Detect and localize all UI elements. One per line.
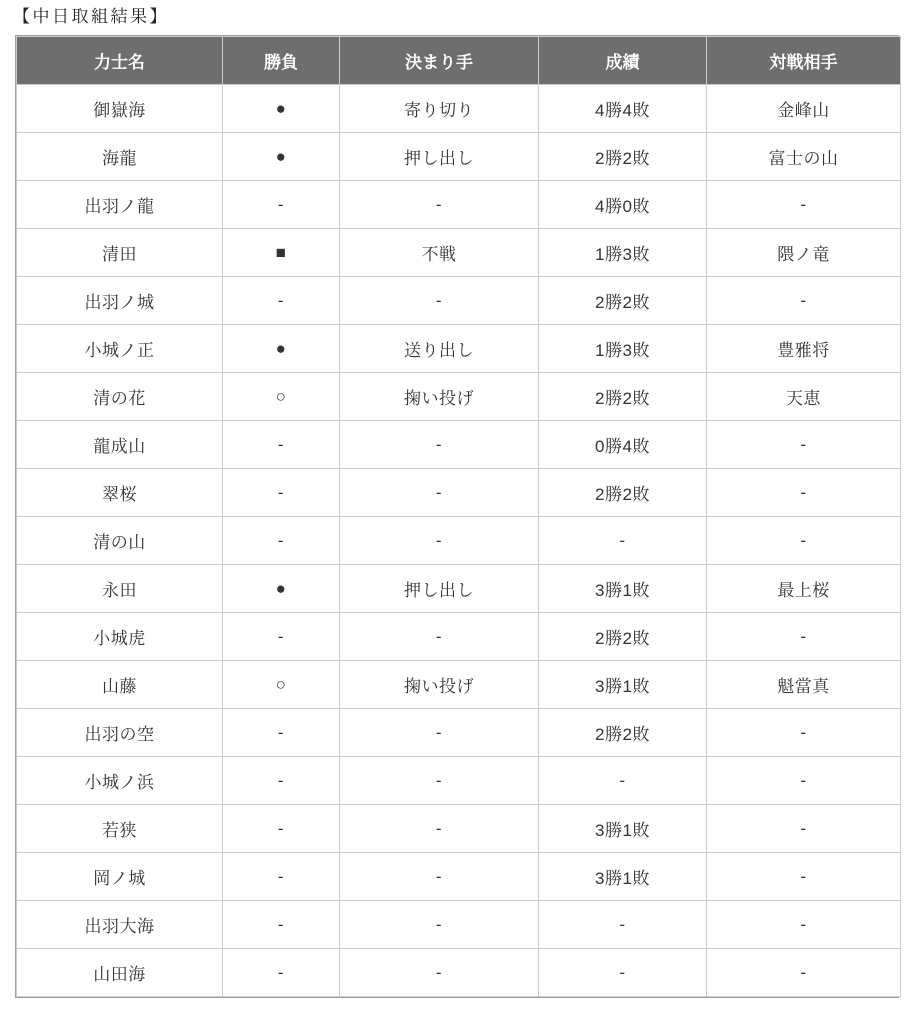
cell-seiseki: 2勝2敗 <box>539 133 707 181</box>
cell-shobu: ● <box>223 85 340 133</box>
cell-shobu: - <box>223 901 340 949</box>
cell-rikishi: 山田海 <box>17 949 223 997</box>
cell-aite: - <box>707 517 901 565</box>
cell-kimarite: 掬い投げ <box>340 661 539 709</box>
header-cell-rikishi: 力士名 <box>17 37 223 85</box>
cell-seiseki: - <box>539 949 707 997</box>
cell-kimarite: - <box>340 757 539 805</box>
page-title: 【中日取組結果】 <box>13 6 914 28</box>
cell-aite: 富士の山 <box>707 133 901 181</box>
cell-shobu: ● <box>223 133 340 181</box>
table-row: 岡ノ城--3勝1敗- <box>17 853 901 901</box>
cell-shobu: - <box>223 421 340 469</box>
cell-aite: 金峰山 <box>707 85 901 133</box>
cell-aite: - <box>707 613 901 661</box>
cell-kimarite: 不戦 <box>340 229 539 277</box>
cell-shobu: - <box>223 469 340 517</box>
cell-aite: 魁當真 <box>707 661 901 709</box>
cell-seiseki: 4勝0敗 <box>539 181 707 229</box>
cell-kimarite: - <box>340 277 539 325</box>
cell-kimarite: - <box>340 949 539 997</box>
table-body: 御嶽海●寄り切り4勝4敗金峰山海龍●押し出し2勝2敗富士の山出羽ノ龍--4勝0敗… <box>17 85 901 997</box>
cell-shobu: - <box>223 613 340 661</box>
table-row: 永田●押し出し3勝1敗最上桜 <box>17 565 901 613</box>
cell-shobu: - <box>223 853 340 901</box>
cell-seiseki: - <box>539 757 707 805</box>
cell-aite: 隈ノ竜 <box>707 229 901 277</box>
cell-rikishi: 若狭 <box>17 805 223 853</box>
cell-seiseki: 2勝2敗 <box>539 277 707 325</box>
cell-kimarite: - <box>340 421 539 469</box>
cell-seiseki: 1勝3敗 <box>539 229 707 277</box>
cell-aite: - <box>707 901 901 949</box>
cell-kimarite: 送り出し <box>340 325 539 373</box>
cell-seiseki: 1勝3敗 <box>539 325 707 373</box>
cell-rikishi: 出羽ノ城 <box>17 277 223 325</box>
cell-shobu: - <box>223 181 340 229</box>
cell-seiseki: 3勝1敗 <box>539 661 707 709</box>
cell-aite: - <box>707 469 901 517</box>
table-row: 出羽ノ城--2勝2敗- <box>17 277 901 325</box>
cell-aite: - <box>707 277 901 325</box>
table-row: 御嶽海●寄り切り4勝4敗金峰山 <box>17 85 901 133</box>
cell-seiseki: 3勝1敗 <box>539 853 707 901</box>
cell-rikishi: 小城ノ浜 <box>17 757 223 805</box>
cell-shobu: ● <box>223 565 340 613</box>
cell-seiseki: 4勝4敗 <box>539 85 707 133</box>
table-row: 山藤○掬い投げ3勝1敗魁當真 <box>17 661 901 709</box>
cell-rikishi: 出羽ノ龍 <box>17 181 223 229</box>
table-row: 若狭--3勝1敗- <box>17 805 901 853</box>
cell-seiseki: 2勝2敗 <box>539 373 707 421</box>
cell-kimarite: - <box>340 469 539 517</box>
cell-aite: 豊雅将 <box>707 325 901 373</box>
cell-rikishi: 山藤 <box>17 661 223 709</box>
results-table: 力士名勝負決まり手成績対戦相手 御嶽海●寄り切り4勝4敗金峰山海龍●押し出し2勝… <box>15 35 899 998</box>
cell-seiseki: 0勝4敗 <box>539 421 707 469</box>
page: 【中日取組結果】 力士名勝負決まり手成績対戦相手 御嶽海●寄り切り4勝4敗金峰山… <box>0 0 914 1024</box>
table-row: 小城ノ浜---- <box>17 757 901 805</box>
results-table-grid: 力士名勝負決まり手成績対戦相手 御嶽海●寄り切り4勝4敗金峰山海龍●押し出し2勝… <box>16 36 901 997</box>
cell-kimarite: - <box>340 805 539 853</box>
cell-shobu: - <box>223 805 340 853</box>
table-row: 山田海---- <box>17 949 901 997</box>
cell-seiseki: 2勝2敗 <box>539 469 707 517</box>
cell-kimarite: 掬い投げ <box>340 373 539 421</box>
cell-aite: - <box>707 805 901 853</box>
cell-shobu: ○ <box>223 373 340 421</box>
table-row: 出羽ノ龍--4勝0敗- <box>17 181 901 229</box>
cell-shobu: ■ <box>223 229 340 277</box>
cell-aite: - <box>707 421 901 469</box>
cell-aite: 最上桜 <box>707 565 901 613</box>
cell-kimarite: - <box>340 181 539 229</box>
cell-shobu: - <box>223 757 340 805</box>
cell-shobu: - <box>223 517 340 565</box>
table-row: 翠桜--2勝2敗- <box>17 469 901 517</box>
cell-aite: - <box>707 181 901 229</box>
header-cell-seiseki: 成績 <box>539 37 707 85</box>
cell-kimarite: - <box>340 853 539 901</box>
cell-rikishi: 永田 <box>17 565 223 613</box>
cell-rikishi: 小城ノ正 <box>17 325 223 373</box>
cell-rikishi: 清の花 <box>17 373 223 421</box>
cell-rikishi: 翠桜 <box>17 469 223 517</box>
cell-rikishi: 清の山 <box>17 517 223 565</box>
header-cell-aite: 対戦相手 <box>707 37 901 85</box>
table-row: 清田■不戦1勝3敗隈ノ竜 <box>17 229 901 277</box>
table-row: 清の花○掬い投げ2勝2敗天恵 <box>17 373 901 421</box>
cell-aite: - <box>707 853 901 901</box>
cell-seiseki: 2勝2敗 <box>539 613 707 661</box>
cell-aite: - <box>707 709 901 757</box>
cell-rikishi: 海龍 <box>17 133 223 181</box>
cell-shobu: - <box>223 949 340 997</box>
table-row: 龍成山--0勝4敗- <box>17 421 901 469</box>
cell-aite: - <box>707 757 901 805</box>
cell-shobu: - <box>223 709 340 757</box>
cell-rikishi: 岡ノ城 <box>17 853 223 901</box>
table-row: 出羽大海---- <box>17 901 901 949</box>
cell-shobu: ○ <box>223 661 340 709</box>
cell-aite: 天恵 <box>707 373 901 421</box>
table-row: 海龍●押し出し2勝2敗富士の山 <box>17 133 901 181</box>
cell-seiseki: 3勝1敗 <box>539 565 707 613</box>
cell-shobu: - <box>223 277 340 325</box>
cell-rikishi: 龍成山 <box>17 421 223 469</box>
cell-kimarite: - <box>340 517 539 565</box>
cell-kimarite: - <box>340 901 539 949</box>
cell-kimarite: 押し出し <box>340 565 539 613</box>
cell-seiseki: - <box>539 901 707 949</box>
table-row: 小城ノ正●送り出し1勝3敗豊雅将 <box>17 325 901 373</box>
cell-rikishi: 清田 <box>17 229 223 277</box>
table-row: 出羽の空--2勝2敗- <box>17 709 901 757</box>
cell-seiseki: 3勝1敗 <box>539 805 707 853</box>
cell-seiseki: - <box>539 517 707 565</box>
cell-kimarite: 押し出し <box>340 133 539 181</box>
table-row: 小城虎--2勝2敗- <box>17 613 901 661</box>
cell-kimarite: - <box>340 709 539 757</box>
header-row: 力士名勝負決まり手成績対戦相手 <box>17 37 901 85</box>
header-cell-kimarite: 決まり手 <box>340 37 539 85</box>
cell-rikishi: 出羽大海 <box>17 901 223 949</box>
cell-kimarite: - <box>340 613 539 661</box>
cell-shobu: ● <box>223 325 340 373</box>
cell-rikishi: 出羽の空 <box>17 709 223 757</box>
table-row: 清の山---- <box>17 517 901 565</box>
header-cell-shobu: 勝負 <box>223 37 340 85</box>
cell-rikishi: 小城虎 <box>17 613 223 661</box>
cell-rikishi: 御嶽海 <box>17 85 223 133</box>
cell-aite: - <box>707 949 901 997</box>
cell-kimarite: 寄り切り <box>340 85 539 133</box>
cell-seiseki: 2勝2敗 <box>539 709 707 757</box>
